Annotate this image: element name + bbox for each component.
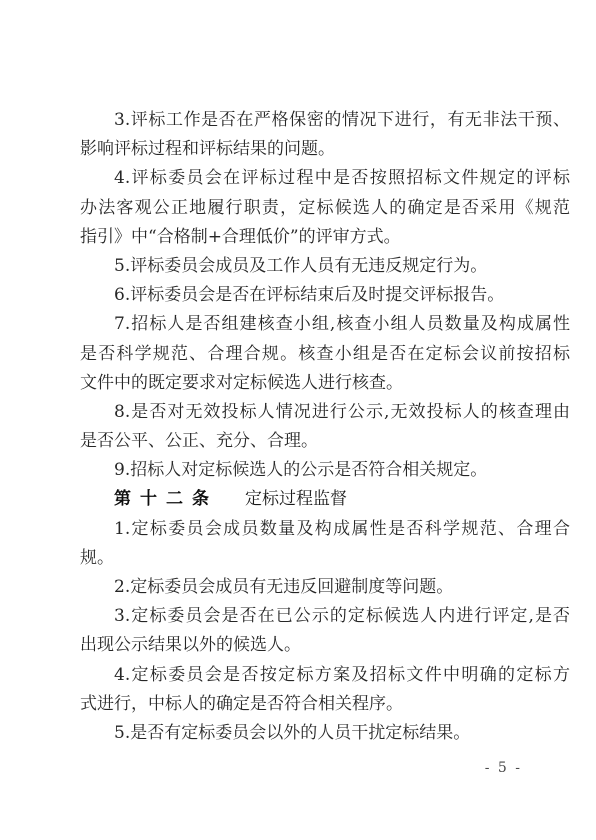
text-line: 办法客观公正地履行职责，定标候选人的确定是否采用《规范 [80, 194, 570, 223]
text-line: 4.评标委员会在评标过程中是否按照招标文件规定的评标 [80, 164, 570, 193]
text-line: 影响评标过程和评标结果的问题。 [80, 135, 570, 164]
document-page: 3.评标工作是否在严格保密的情况下进行，有无非法干预、 影响评标过程和评标结果的… [0, 0, 596, 840]
text-line: 1.定标委员会成员数量及构成属性是否科学规范、合理合 [80, 515, 570, 544]
text-line: 是否科学规范、合理合规。核查小组是否在定标会议前按招标 [80, 340, 570, 369]
text-line: 5.评标委员会成员及工作人员有无违反规定行为。 [80, 252, 570, 281]
page-number: - 5 - [485, 759, 522, 777]
article-number: 第十二条 [114, 489, 218, 509]
text-line: 9.招标人对定标候选人的公示是否符合相关规定。 [80, 456, 570, 485]
text-line: 6.评标委员会是否在评标结束后及时提交评标报告。 [80, 281, 570, 310]
text-line: 5.是否有定标委员会以外的人员干扰定标结果。 [80, 719, 570, 748]
text-line: 文件中的既定要求对定标候选人进行核查。 [80, 369, 570, 398]
document-body: 3.评标工作是否在严格保密的情况下进行，有无非法干预、 影响评标过程和评标结果的… [80, 106, 570, 748]
text-line: 3.评标工作是否在严格保密的情况下进行，有无非法干预、 [80, 106, 570, 135]
text-line: 式进行，中标人的确定是否符合相关程序。 [80, 690, 570, 719]
text-line: 是否公平、公正、充分、合理。 [80, 427, 570, 456]
text-line: 7.招标人是否组建核查小组,核查小组人员数量及构成属性 [80, 310, 570, 339]
text-line: 指引》中“合格制+合理低价”的评审方式。 [80, 223, 570, 252]
article-title: 定标过程监督 [245, 489, 347, 509]
article-heading: 第十二条定标过程监督 [80, 485, 570, 514]
text-line: 4.定标委员会是否按定标方案及招标文件中明确的定标方 [80, 661, 570, 690]
text-line: 出现公示结果以外的候选人。 [80, 631, 570, 660]
text-line: 规。 [80, 544, 570, 573]
text-line: 3.定标委员会是否在已公示的定标候选人内进行评定,是否 [80, 602, 570, 631]
text-line: 2.定标委员会成员有无违反回避制度等问题。 [80, 573, 570, 602]
text-line: 8.是否对无效投标人情况进行公示,无效投标人的核查理由 [80, 398, 570, 427]
